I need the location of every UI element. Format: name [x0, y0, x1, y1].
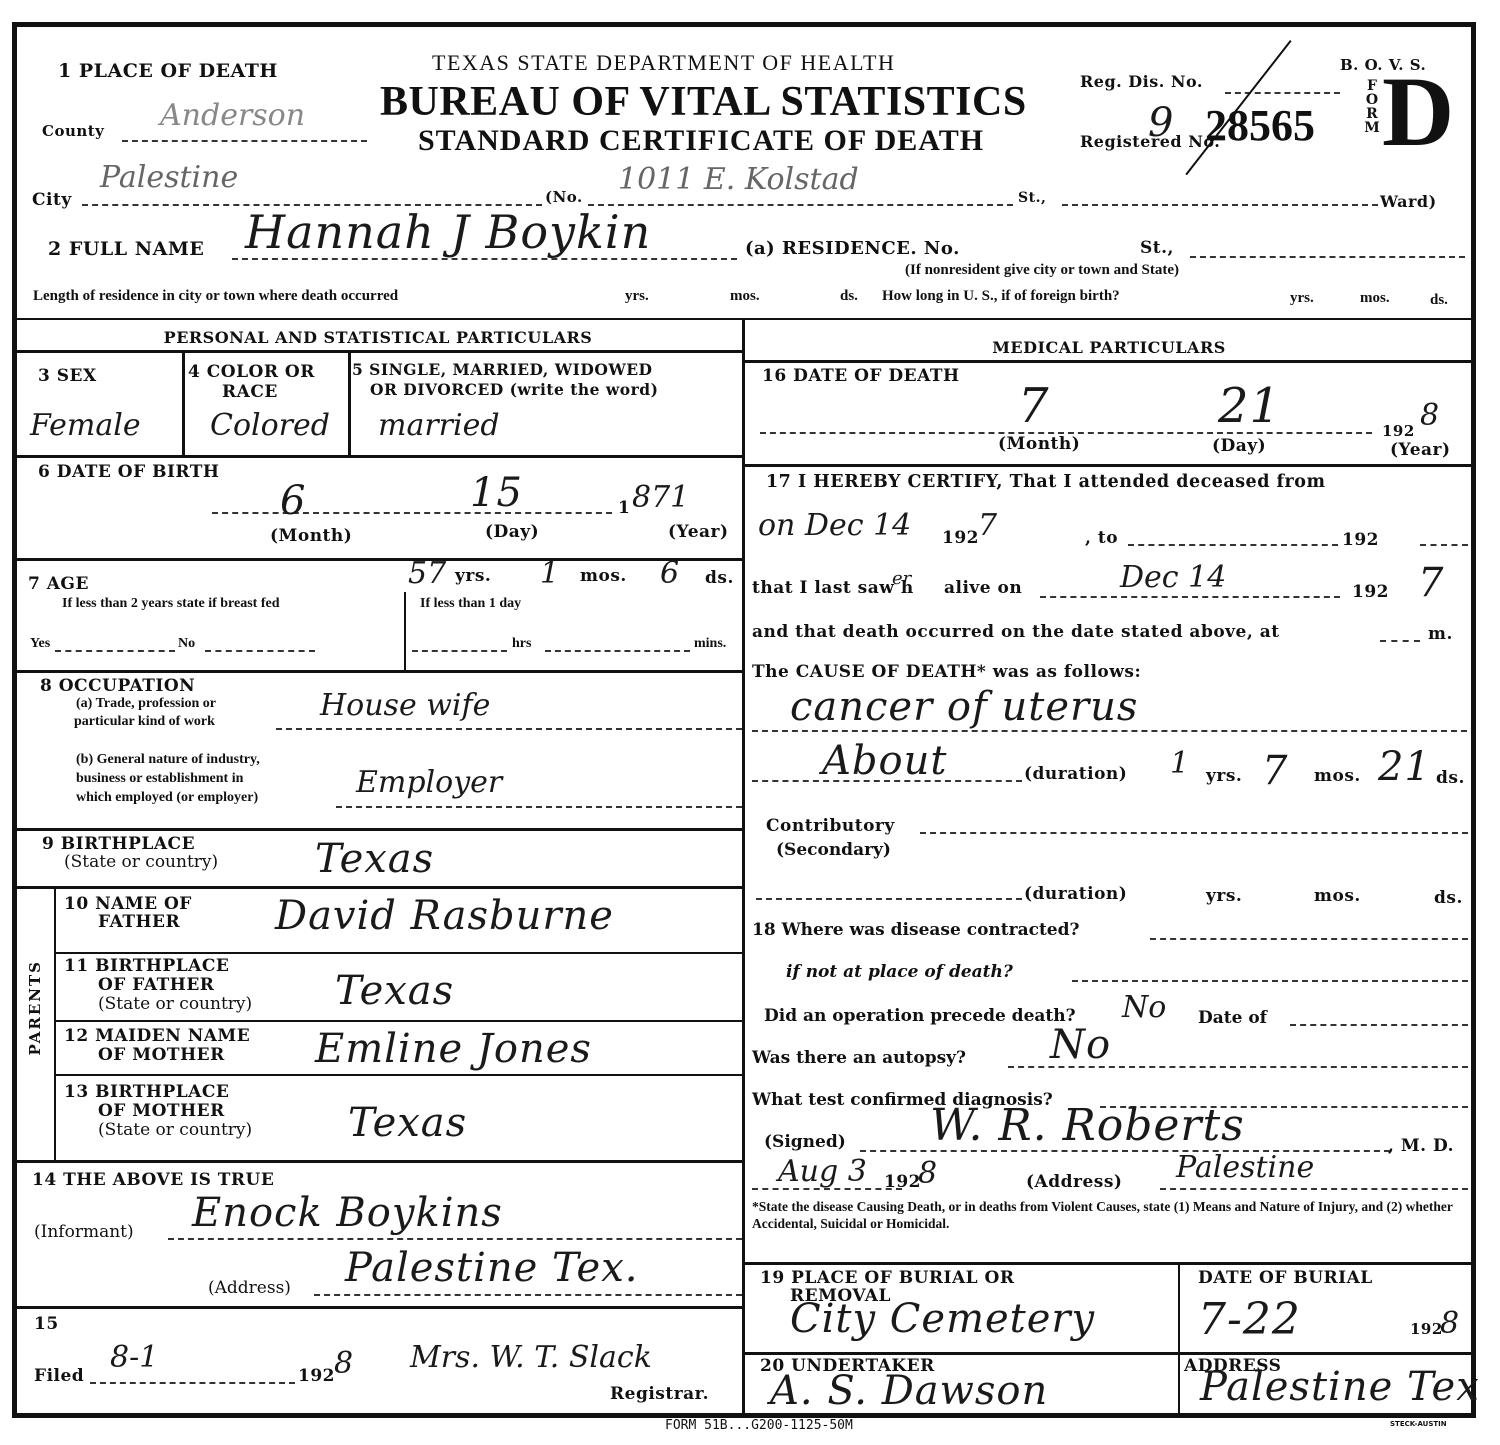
occ-b-value: Employer	[356, 765, 502, 800]
attended-to-year-prefix: 192	[1342, 530, 1379, 550]
father-bp-label-3: (State or country)	[98, 994, 252, 1014]
dob-label: 6 DATE OF BIRTH	[38, 462, 219, 482]
divider-mother-name	[56, 1020, 742, 1022]
mother-bp-label-2: OF MOTHER	[98, 1101, 225, 1121]
occ-b-label-3: which employed (or employer)	[76, 790, 258, 806]
death-time-m-label: m.	[1428, 624, 1453, 644]
residence-mos: mos.	[730, 288, 760, 305]
foreign-yrs: yrs.	[1290, 290, 1314, 307]
age-ds-label: ds.	[705, 568, 734, 588]
dob-month-caption: (Month)	[270, 526, 352, 546]
length-residence-label: Length of residence in city or town wher…	[33, 288, 398, 305]
last-saw-text: that I last saw h	[752, 578, 914, 598]
race-label-2: RACE	[222, 382, 278, 402]
city-value: Palestine	[100, 160, 238, 195]
dob-year-prefix: 1	[618, 498, 630, 518]
hrs-label: hrs	[512, 636, 531, 652]
city-label: City	[32, 190, 72, 210]
cause-line	[752, 730, 1467, 732]
ward-line	[1062, 204, 1378, 206]
printer-mark: STECK-AUSTIN	[1390, 1420, 1447, 1428]
father-bp-value: Texas	[335, 968, 454, 1014]
dod-year-prefix: 192	[1382, 422, 1415, 440]
cause-of-death-value: cancer of uterus	[790, 684, 1138, 730]
burial-year: 8	[1440, 1306, 1459, 1341]
attended-from-value: on Dec 14	[758, 508, 911, 543]
registrar-label: Registrar.	[610, 1384, 709, 1404]
last-saw-value: Dec 14	[1120, 560, 1226, 595]
cause-mos-label: mos.	[1314, 766, 1361, 786]
contributory-mos-label: mos.	[1314, 886, 1361, 906]
informant-address-line	[314, 1294, 742, 1296]
informant-value: Enock Boykins	[192, 1190, 503, 1236]
informant-address-value: Palestine Tex.	[345, 1245, 639, 1291]
race-marital-divider	[348, 352, 351, 456]
dob-line	[212, 512, 612, 514]
burial-place-label-1: 19 PLACE OF BURIAL OR	[760, 1268, 1014, 1288]
street-line	[588, 204, 1013, 206]
sex-value: Female	[30, 408, 141, 443]
cause-duration-label: (duration)	[1024, 764, 1127, 784]
birthplace-sub-label: (State or country)	[64, 852, 218, 872]
occ-a-value: House wife	[320, 688, 490, 723]
attended-to-line	[1128, 544, 1338, 546]
personal-title-divider	[14, 350, 742, 353]
informant-label: (Informant)	[34, 1222, 134, 1242]
filed-year-prefix: 192	[298, 1366, 335, 1386]
cause-duration-prefix: About	[822, 738, 947, 784]
place-of-death-label: 1 PLACE OF DEATH	[58, 60, 278, 82]
dod-day: 21	[1218, 378, 1281, 434]
contracted-line	[1150, 938, 1468, 940]
informant-address-label: (Address)	[208, 1278, 291, 1298]
signed-year: 8	[918, 1156, 937, 1191]
sex-label: 3 SEX	[38, 366, 97, 386]
residence-yrs: yrs.	[625, 288, 649, 305]
undertaker-value: A. S. Dawson	[770, 1368, 1048, 1414]
last-saw-year-prefix: 192	[1352, 582, 1389, 602]
father-bp-label-1: 11 BIRTHPLACE	[64, 956, 229, 976]
burial-date-value: 7-22	[1198, 1294, 1301, 1345]
dod-month: 7	[1018, 378, 1050, 434]
divider-father-bp	[56, 952, 742, 954]
signed-date: Aug 3	[778, 1154, 867, 1189]
mother-bp-label-1: 13 BIRTHPLACE	[64, 1082, 229, 1102]
secondary-label: (Secondary)	[776, 840, 891, 860]
alive-on-label: alive on	[944, 578, 1022, 598]
less-than-day-label: If less than 1 day	[420, 596, 521, 612]
contributory-line	[920, 832, 1468, 834]
medical-section-title: MEDICAL PARTICULARS	[745, 338, 1473, 357]
father-name-label-1: 10 NAME OF	[64, 894, 192, 914]
hrs-line	[412, 650, 507, 652]
marital-label-2: OR DIVORCED (write the word)	[370, 380, 658, 399]
dod-year: 8	[1420, 398, 1439, 433]
dob-day: 15	[470, 470, 523, 516]
cause-yrs-value: 1	[1170, 746, 1189, 781]
nonresident-note: (If nonresident give city or town and St…	[905, 262, 1179, 279]
sex-race-divider	[182, 352, 185, 456]
undertaker-address-value: Palestine Tex	[1200, 1364, 1480, 1410]
burial-column-divider	[1178, 1264, 1180, 1418]
bureau-title: BUREAU OF VITAL STATISTICS	[380, 78, 1027, 126]
residence-line	[1190, 256, 1465, 258]
occ-a-label-2: particular kind of work	[74, 714, 215, 730]
mins-label: mins.	[694, 636, 726, 652]
foreign-ds: ds.	[1430, 292, 1448, 309]
contributory-duration-line	[756, 898, 1022, 900]
death-occurred-text: and that death occurred on the date stat…	[752, 622, 1280, 642]
last-saw-line	[1040, 596, 1340, 598]
father-name-value: David Rasburne	[275, 893, 614, 939]
filed-year: 8	[334, 1346, 353, 1381]
operation-date-line	[1290, 1024, 1468, 1026]
filed-value: 8-1	[110, 1340, 158, 1375]
foreign-birth-label: How long in U. S., if of foreign birth?	[882, 288, 1120, 305]
operation-label: Did an operation precede death?	[764, 1006, 1076, 1026]
cause-footnote: *State the disease Causing Death, or in …	[752, 1198, 1464, 1232]
physician-address-line	[1160, 1188, 1468, 1190]
street-value: 1011 E. Kolstad	[618, 162, 859, 197]
marital-value: married	[378, 408, 500, 443]
certificate-title: STANDARD CERTIFICATE OF DEATH	[418, 124, 984, 158]
full-name-label: 2 FULL NAME	[48, 238, 204, 260]
occ-a-label-1: (a) Trade, profession or	[76, 696, 216, 712]
registrar-signature: Mrs. W. T. Slack	[410, 1340, 652, 1375]
foreign-mos: mos.	[1360, 290, 1390, 307]
age-yrs-value: 57	[408, 556, 446, 591]
cause-mos-value: 7	[1262, 748, 1288, 794]
contributory-label: Contributory	[766, 816, 895, 836]
reg-dis-line	[1225, 92, 1340, 94]
dob-year: 871	[632, 480, 689, 515]
dod-day-caption: (Day)	[1212, 436, 1266, 456]
attended-year-prefix: 192	[942, 528, 979, 548]
divider-birthplace	[14, 828, 742, 831]
occ-a-line	[276, 728, 742, 730]
marital-label-1: 5 SINGLE, MARRIED, WIDOWED	[352, 360, 653, 379]
informant-section-label: 14 THE ABOVE IS TRUE	[32, 1170, 274, 1190]
certify-text: 17 I HEREBY CERTIFY, That I attended dec…	[766, 472, 1325, 492]
operation-date-label: Date of	[1198, 1008, 1267, 1028]
dob-day-caption: (Day)	[485, 522, 539, 542]
mother-bp-value: Texas	[348, 1100, 467, 1146]
dob-month: 6	[280, 478, 306, 524]
age-label: 7 AGE	[28, 574, 89, 594]
death-time-line	[1380, 640, 1420, 642]
physician-address-label: (Address)	[1026, 1172, 1122, 1192]
medical-title-divider	[745, 360, 1472, 363]
dod-label: 16 DATE OF DEATH	[762, 366, 960, 386]
age-subdivider	[404, 592, 406, 670]
mins-line	[545, 650, 690, 652]
contracted-label: 18 Where was disease contracted?	[752, 920, 1079, 940]
occupation-label: 8 OCCUPATION	[40, 676, 195, 696]
dod-year-caption: (Year)	[1390, 440, 1451, 460]
signed-label: (Signed)	[764, 1132, 846, 1152]
breast-fed-yes: Yes	[30, 636, 50, 652]
full-name-value: Hannah J Boykin	[245, 205, 651, 259]
mother-bp-label-3: (State or country)	[98, 1120, 252, 1140]
registered-label: Registered No.	[1080, 132, 1220, 151]
age-ds-value: 6	[660, 556, 679, 591]
divider-occupation	[14, 670, 742, 673]
father-name-label-2: FATHER	[98, 912, 180, 932]
county-value: Anderson	[160, 98, 305, 133]
personal-section-title: PERSONAL AND STATISTICAL PARTICULARS	[14, 328, 742, 347]
cause-ds-label: ds.	[1436, 768, 1465, 788]
department-title: TEXAS STATE DEPARTMENT OF HEALTH	[432, 50, 895, 76]
divider-parents	[14, 886, 742, 889]
attended-to-year-line	[1420, 544, 1468, 546]
age-yrs-label: yrs.	[455, 566, 491, 586]
divider-undertaker	[745, 1352, 1472, 1355]
cause-yrs-label: yrs.	[1206, 766, 1242, 786]
breast-fed-yes-line	[55, 650, 175, 652]
contributory-ds-label: ds.	[1434, 888, 1463, 908]
divider-burial	[745, 1262, 1472, 1265]
birthplace-label: 9 BIRTHPLACE	[42, 834, 195, 854]
county-line	[122, 140, 367, 142]
parents-side-label: PARENTS	[26, 960, 44, 1055]
filed-label: Filed	[34, 1366, 84, 1386]
reg-dis-label: Reg. Dis. No.	[1080, 72, 1203, 91]
burial-date-label: DATE OF BURIAL	[1198, 1268, 1373, 1288]
occ-b-label-2: business or establishment in	[76, 771, 243, 787]
divider-mother-bp	[56, 1074, 742, 1076]
filed-line	[90, 1382, 295, 1384]
mother-name-label-1: 12 MAIDEN NAME	[64, 1026, 250, 1046]
cause-ds-value: 21	[1378, 744, 1431, 790]
breast-fed-no: No	[178, 636, 195, 652]
attended-from-year: 7	[978, 508, 997, 543]
divider-dob	[14, 455, 742, 458]
md-label: , M. D.	[1388, 1136, 1454, 1156]
form-number: FORM 51B...G200-1125-50M	[665, 1418, 853, 1433]
occ-b-line	[336, 806, 742, 808]
not-place-label: if not at place of death?	[786, 962, 1013, 982]
cause-of-death-label: The CAUSE OF DEATH* was as follows:	[752, 662, 1141, 682]
contributory-duration-label: (duration)	[1024, 884, 1127, 904]
father-bp-label-2: OF FATHER	[98, 975, 214, 995]
burial-place-value: City Cemetery	[790, 1296, 1095, 1342]
parents-side-divider	[54, 888, 56, 1160]
residence-st-label: St.,	[1140, 238, 1174, 258]
dob-year-caption: (Year)	[668, 522, 729, 542]
informant-line	[168, 1238, 742, 1240]
age-mos-label: mos.	[580, 566, 627, 586]
breast-fed-label: If less than 2 years state if breast fed	[62, 596, 280, 612]
last-saw-pronoun: er	[892, 568, 911, 589]
autopsy-value: No	[1050, 1022, 1111, 1068]
residence-ds: ds.	[840, 288, 858, 305]
contributory-yrs-label: yrs.	[1206, 886, 1242, 906]
form-letter: D	[1382, 62, 1454, 162]
birthplace-value: Texas	[315, 836, 434, 882]
ward-label: Ward)	[1380, 192, 1437, 211]
divider-informant	[14, 1160, 742, 1163]
autopsy-label: Was there an autopsy?	[752, 1048, 966, 1068]
physician-signature: W. R. Roberts	[930, 1100, 1245, 1151]
divider-certify	[745, 464, 1472, 467]
divider-filed	[14, 1306, 742, 1309]
last-saw-year: 7	[1418, 560, 1444, 606]
attended-to-label: , to	[1085, 528, 1118, 548]
breast-fed-no-line	[205, 650, 315, 652]
mother-name-label-2: OF MOTHER	[98, 1045, 225, 1065]
physician-address-value: Palestine	[1176, 1150, 1314, 1185]
dod-month-caption: (Month)	[998, 434, 1080, 454]
column-divider	[742, 320, 745, 1418]
county-label: County	[42, 122, 104, 140]
mother-name-value: Emline Jones	[315, 1026, 592, 1072]
race-label-1: 4 COLOR OR	[188, 362, 315, 382]
occ-b-label-1: (b) General nature of industry,	[76, 752, 260, 768]
operation-value: No	[1122, 990, 1166, 1025]
age-mos-value: 1	[540, 556, 559, 591]
residence-label: (a) RESIDENCE. No.	[745, 238, 960, 259]
signed-year-prefix: 192	[884, 1172, 921, 1192]
filing-number: 15	[34, 1314, 59, 1334]
street-suffix-label: St.,	[1018, 190, 1046, 206]
form-vertical-label: FORM	[1364, 78, 1380, 134]
race-value: Colored	[210, 408, 330, 443]
divider-age	[14, 558, 742, 561]
burial-year-prefix: 192	[1410, 1320, 1443, 1338]
street-number-label: (No.	[545, 188, 583, 206]
not-place-line	[1072, 980, 1468, 982]
